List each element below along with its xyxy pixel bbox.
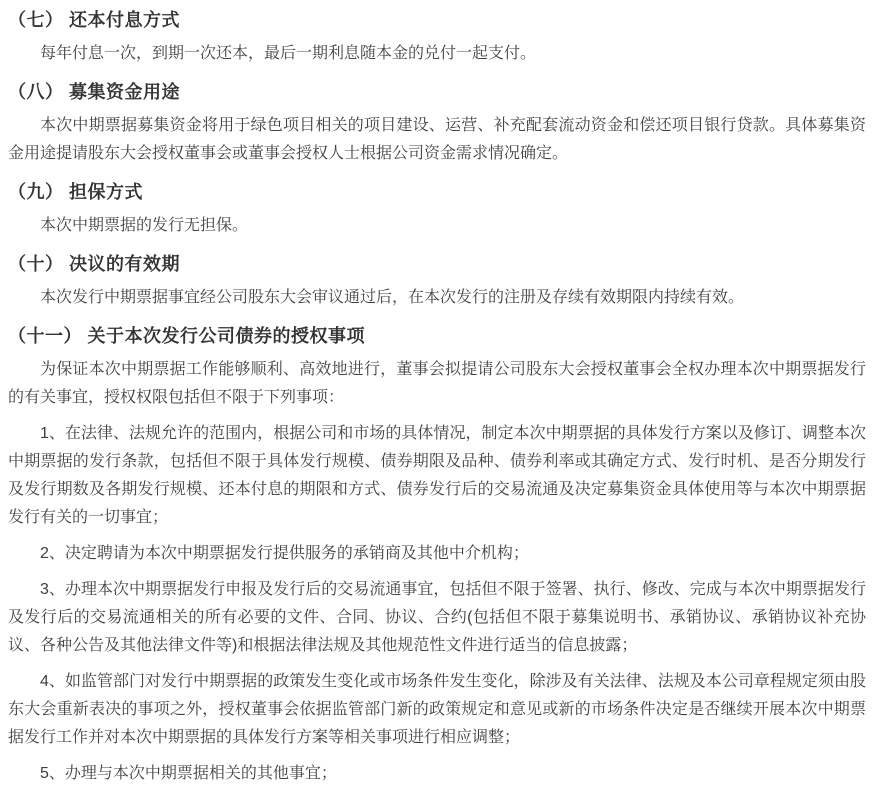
paragraph: 为保证本次中期票据工作能够顺利、高效地进行，董事会拟提请公司股东大会授权董事会全… bbox=[8, 356, 866, 412]
section-authorization-matters: （十一） 关于本次发行公司债券的授权事项 为保证本次中期票据工作能够顺利、高效地… bbox=[8, 324, 866, 788]
paragraph: 每年付息一次，到期一次还本，最后一期利息随本金的兑付一起支付。 bbox=[8, 40, 866, 68]
section-heading: （九） 担保方式 bbox=[8, 180, 866, 204]
section-use-of-proceeds: （八） 募集资金用途 本次中期票据募集资金将用于绿色项目相关的项目建设、运营、补… bbox=[8, 80, 866, 168]
section-heading: （十一） 关于本次发行公司债券的授权事项 bbox=[8, 324, 866, 348]
paragraph: 本次发行中期票据事宜经公司股东大会审议通过后，在本次发行的注册及存续有效期限内持… bbox=[8, 284, 866, 312]
section-heading: （八） 募集资金用途 bbox=[8, 80, 866, 104]
section-heading: （七） 还本付息方式 bbox=[8, 8, 866, 32]
section-heading: （十） 决议的有效期 bbox=[8, 252, 866, 276]
section-guarantee-method: （九） 担保方式 本次中期票据的发行无担保。 bbox=[8, 180, 866, 240]
paragraph-item-3: 3、办理本次中期票据发行申报及发行后的交易流通事宜，包括但不限于签署、执行、修改… bbox=[8, 576, 866, 660]
document-body: （七） 还本付息方式 每年付息一次，到期一次还本，最后一期利息随本金的兑付一起支… bbox=[0, 0, 874, 806]
section-resolution-validity: （十） 决议的有效期 本次发行中期票据事宜经公司股东大会审议通过后，在本次发行的… bbox=[8, 252, 866, 312]
paragraph: 本次中期票据的发行无担保。 bbox=[8, 212, 866, 240]
paragraph-item-5: 5、办理与本次中期票据相关的其他事宜； bbox=[8, 760, 866, 788]
paragraph: 本次中期票据募集资金将用于绿色项目相关的项目建设、运营、补充配套流动资金和偿还项… bbox=[8, 112, 866, 168]
section-repayment-method: （七） 还本付息方式 每年付息一次，到期一次还本，最后一期利息随本金的兑付一起支… bbox=[8, 8, 866, 68]
paragraph-item-2: 2、决定聘请为本次中期票据发行提供服务的承销商及其他中介机构； bbox=[8, 540, 866, 568]
paragraph-item-4: 4、如监管部门对发行中期票据的政策发生变化或市场条件发生变化，除涉及有关法律、法… bbox=[8, 668, 866, 752]
paragraph-item-1: 1、在法律、法规允许的范围内，根据公司和市场的具体情况，制定本次中期票据的具体发… bbox=[8, 420, 866, 532]
